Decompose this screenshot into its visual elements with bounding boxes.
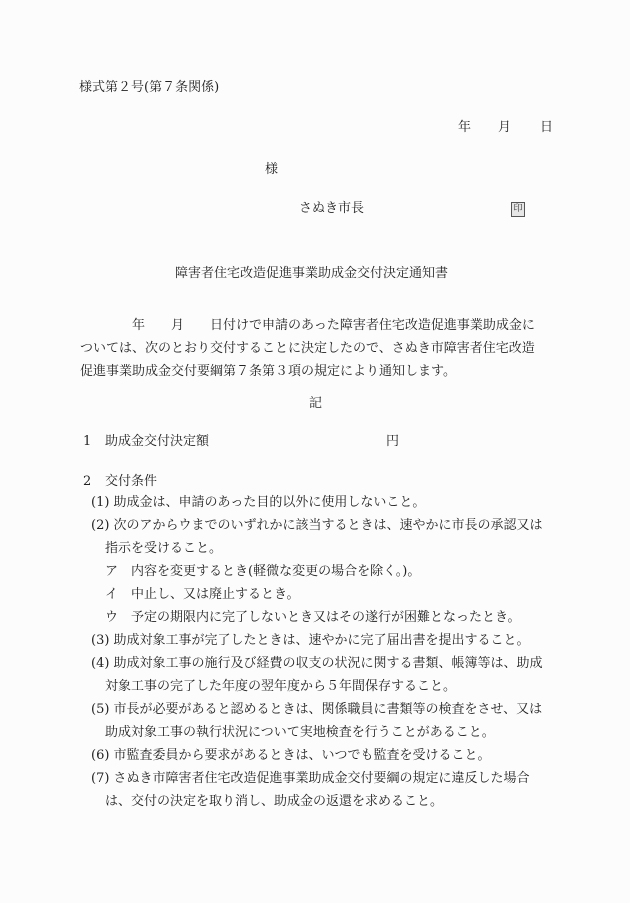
condition-1: (1) 助成金は、申請のあった目的以外に使用しないこと。 [91,495,425,511]
condition-2-i: イ 中止し、又は廃止するとき。 [105,587,299,603]
document-title: 障害者住宅改造促進事業助成金交付決定通知書 [175,266,448,282]
item1-unit: 円 [386,434,399,450]
addressee-suffix: 様 [265,162,278,178]
issuer-name: さぬき市長 [299,201,364,217]
body-line: 年 月 日付けで申請のあった障害者住宅改造促進事業助成金に [80,314,550,337]
condition-7-cont: は、交付の決定を取り消し、助成金の返還を求めること。 [105,794,443,810]
date-month-label: 月 [498,120,511,136]
condition-2-cont: 指示を受けること。 [105,541,222,557]
date-year-label: 年 [458,120,471,136]
condition-4: (4) 助成対象工事の施行及び経費の収支の状況に関する書類、帳簿等は、助成 [91,656,543,672]
body-line: 促進事業助成金交付要綱第７条第３項の規定により通知します。 [80,360,550,383]
condition-2-u: ウ 予定の期限内に完了しないとき又はその遂行が困難となったとき。 [105,610,520,626]
date-day-label: 日 [540,120,553,136]
item1-number: 1 [83,434,91,450]
condition-3: (3) 助成対象工事が完了したときは、速やかに完了届出書を提出すること。 [91,633,530,649]
condition-5: (5) 市長が必要があると認めるときは、関係職員に書類等の検査をさせ、又は [91,702,542,718]
condition-6: (6) 市監査委員から要求があるときは、いつでも監査を受けること。 [91,748,491,764]
condition-7: (7) さぬき市障害者住宅改造促進事業助成金交付要綱の規定に違反した場合 [91,771,530,787]
condition-2-a: ア 内容を変更するとき(軽微な変更の場合を除く。)。 [105,564,420,580]
form-number: 様式第２号(第７条関係) [79,80,219,96]
condition-4-cont: 対象工事の完了した年度の翌年度から５年間保存すること。 [105,679,456,695]
body-line: ついては、次のとおり交付することに決定したので、さぬき市障害者住宅改造 [80,337,550,360]
item2-number: 2 [83,474,91,490]
body-paragraph: 年 月 日付けで申請のあった障害者住宅改造促進事業助成金に ついては、次のとおり… [80,314,550,383]
ki-heading: 記 [309,396,322,412]
seal-icon: 印 [511,202,525,217]
condition-5-cont: 助成対象工事の執行状況について実地検査を行うことがあること。 [105,725,495,741]
condition-2: (2) 次のアからウまでのいずれかに該当するときは、速やかに市長の承認又は [91,518,543,534]
item2-label: 交付条件 [105,474,157,490]
item1-label: 助成金交付決定額 [105,434,209,450]
